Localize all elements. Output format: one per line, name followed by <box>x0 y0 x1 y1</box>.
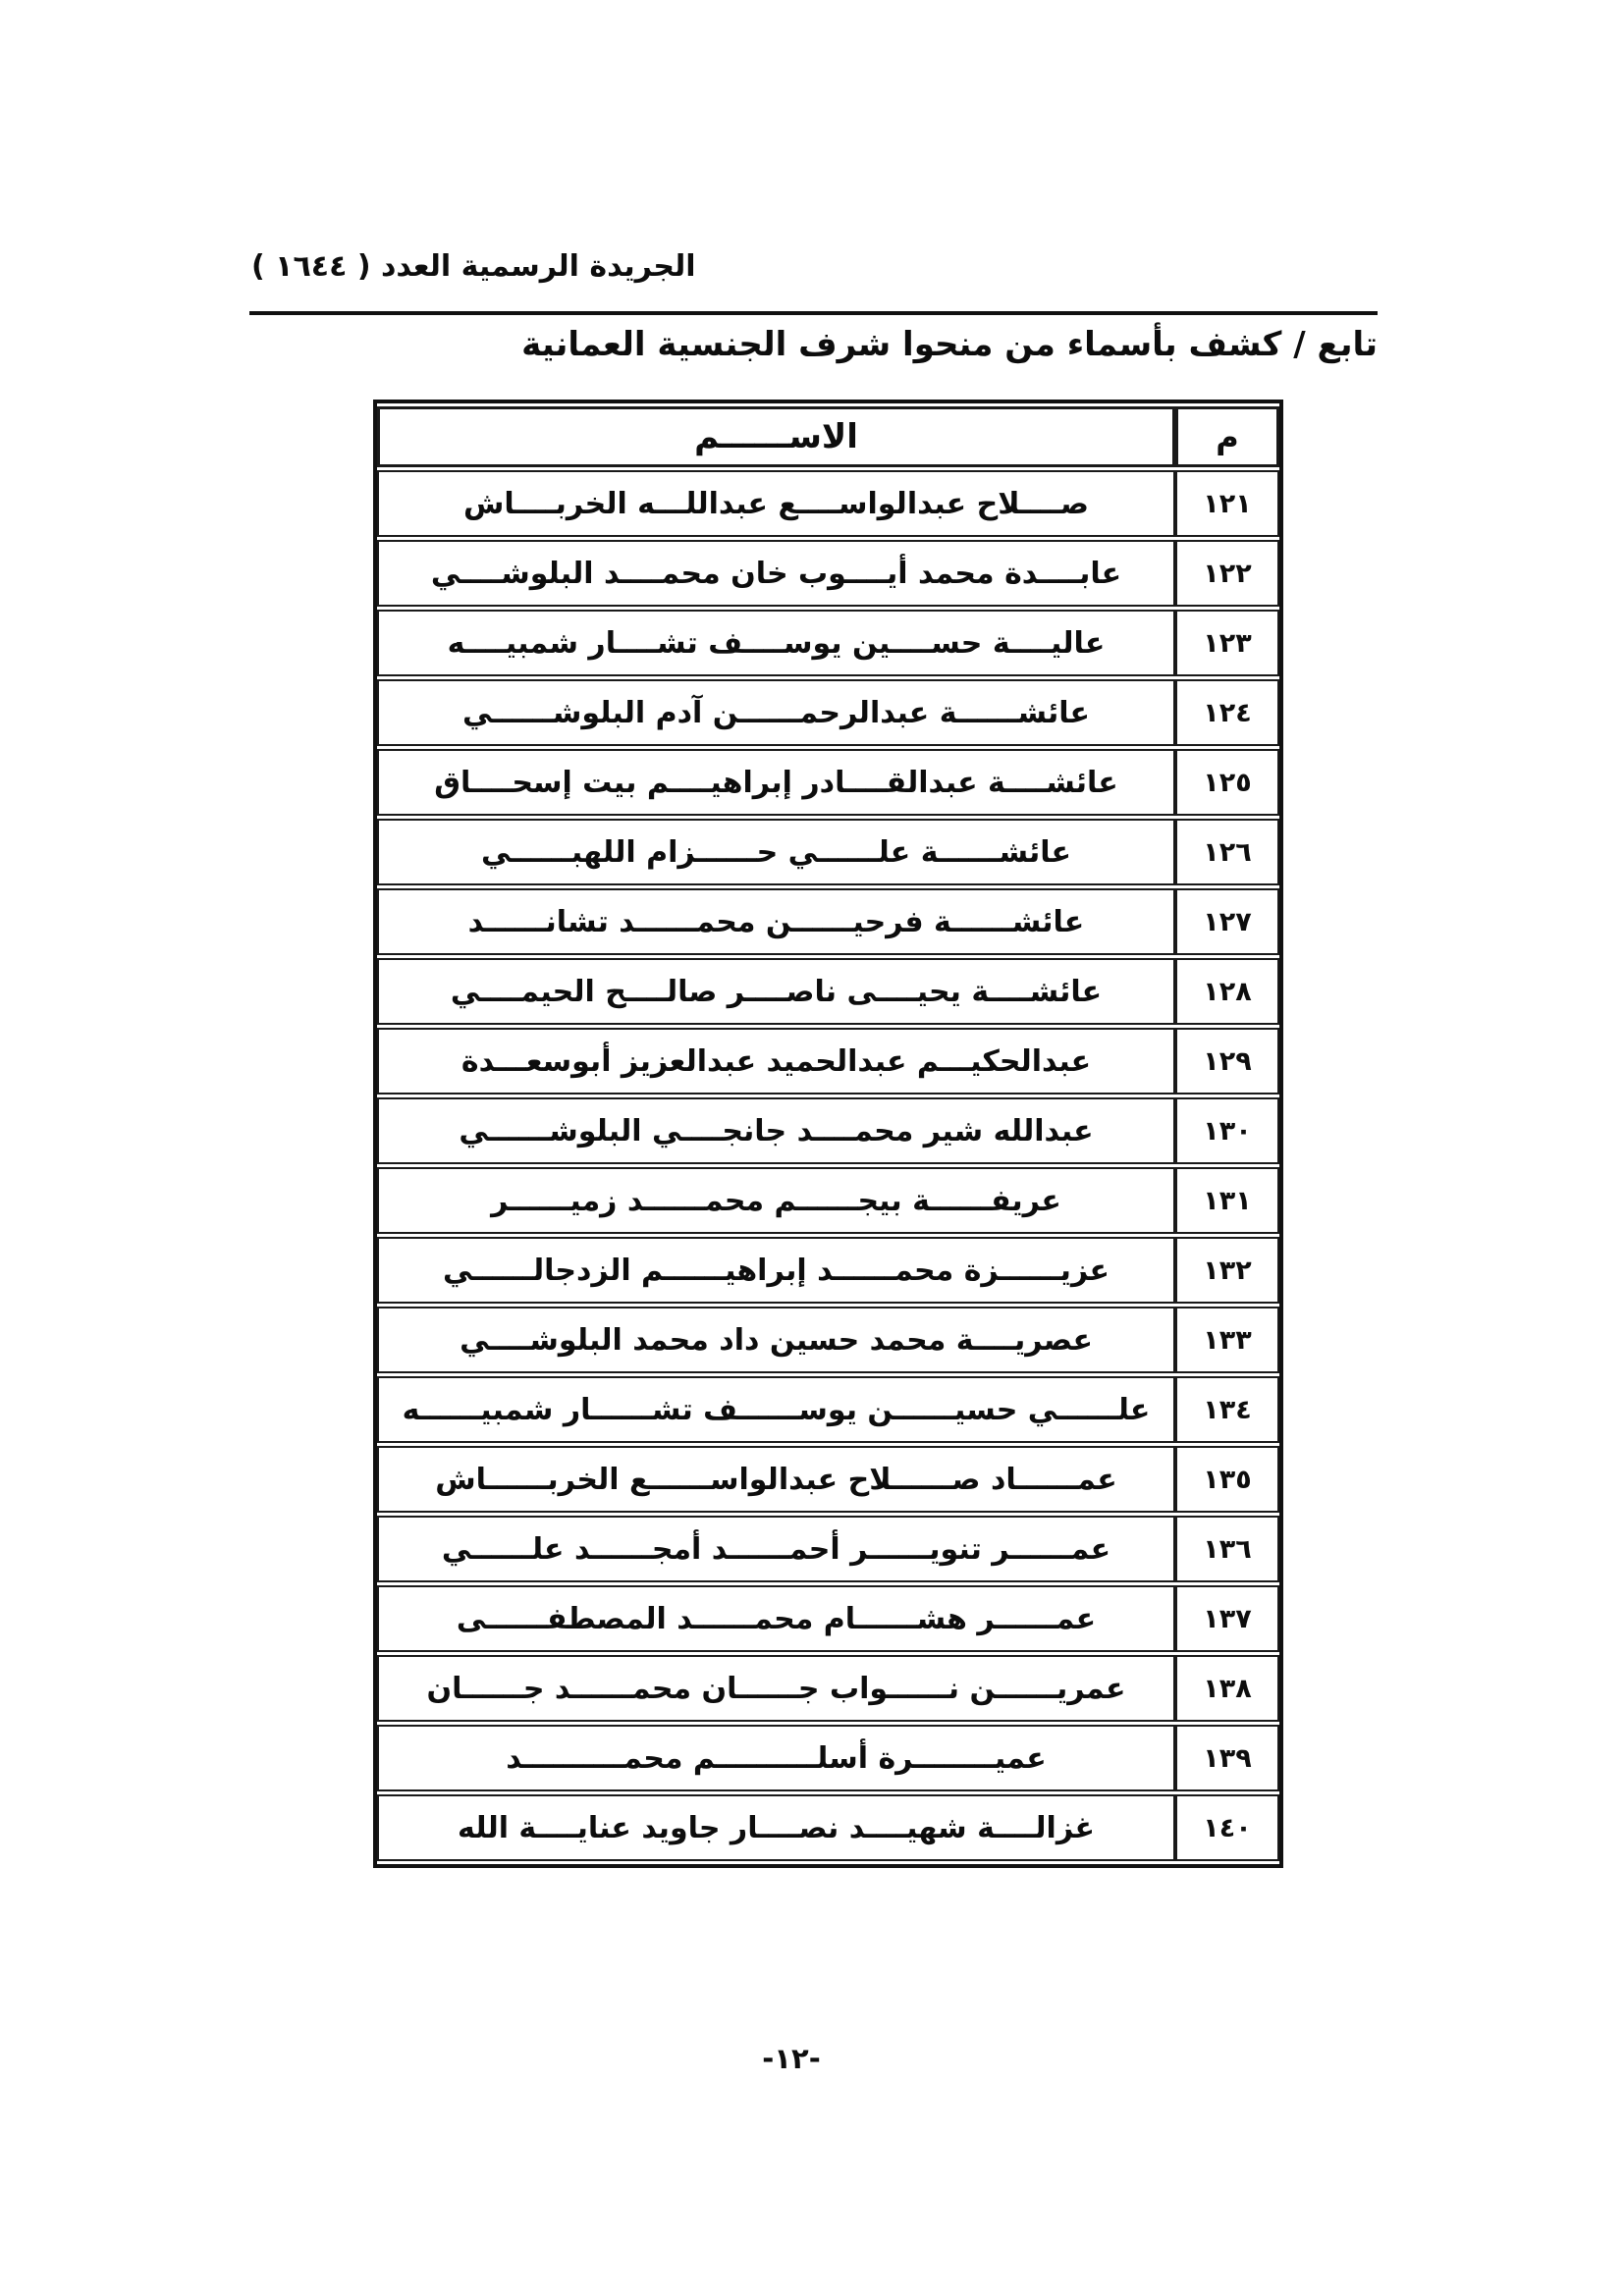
row-name-cell: عائشــــــة عبدالرحمــــــن آدم البلوشــ… <box>377 679 1175 746</box>
page-number: -١٢- <box>693 2042 890 2075</box>
row-name-cell: عائشــــــة فرحيــــــن محمــــــد تشانـ… <box>377 888 1175 955</box>
row-number-cell: ١٢٨ <box>1175 958 1279 1025</box>
row-name-cell: عمــــــر هشــــــام محمــــــد المصطفــ… <box>377 1585 1175 1652</box>
row-number-cell: ١٣٥ <box>1175 1446 1279 1513</box>
table-row: ١٣٨عمريــــــن نــــــواب جــــــان محمـ… <box>377 1655 1279 1722</box>
row-name-cell: عميــــــــرة أسلــــــــــم محمــــــــ… <box>377 1725 1175 1791</box>
row-name-cell: صــــلاح عبدالواســــع عبداللـــه الخربـ… <box>377 470 1175 537</box>
row-name-cell: غزالــــة شهيــــد نصــــار جاويد عنايــ… <box>377 1794 1175 1861</box>
table-row: ١٣٩عميــــــــرة أسلــــــــــم محمـــــ… <box>377 1725 1279 1791</box>
row-number-cell: ١٢٢ <box>1175 540 1279 607</box>
row-number-cell: ١٣٨ <box>1175 1655 1279 1722</box>
row-name-cell: عزيــــــزة محمــــــد إبراهيــــــم الز… <box>377 1237 1175 1304</box>
row-number-cell: ١٤٠ <box>1175 1794 1279 1861</box>
header-divider-line <box>249 311 1378 315</box>
table-row: ١٣٥عمــــــاد صــــــلاح عبدالواســــــع… <box>377 1446 1279 1513</box>
row-number-cell: ١٣٠ <box>1175 1097 1279 1164</box>
row-number-cell: ١٣٦ <box>1175 1516 1279 1582</box>
row-number-cell: ١٢٣ <box>1175 610 1279 676</box>
row-number-cell: ١٢٥ <box>1175 749 1279 816</box>
table-row: ١٢٣عاليــــة حســــين يوســــف تشــــار … <box>377 610 1279 676</box>
row-number-cell: ١٣١ <box>1175 1167 1279 1234</box>
row-name-cell: عمــــــر تنويــــــر أحمــــــد أمجــــ… <box>377 1516 1175 1582</box>
gazette-page: الجريدة الرسمية العدد ( ١٦٤٤ ) تابع / كش… <box>0 0 1624 2296</box>
table-row: ١٢٢عابــــدة محمد أيــــوب خان محمــــد … <box>377 540 1279 607</box>
row-name-cell: عائشــــة عبدالقــــادر إبراهيــــم بيت … <box>377 749 1175 816</box>
table-row: ١٢٥عائشــــة عبدالقــــادر إبراهيــــم ب… <box>377 749 1279 816</box>
row-name-cell: عائشــــة يحيــــى ناصــــر صالــــح الح… <box>377 958 1175 1025</box>
row-number-cell: ١٢٧ <box>1175 888 1279 955</box>
row-name-cell: علــــــي حسيــــــن يوســــــف تشــــــ… <box>377 1376 1175 1443</box>
row-name-cell: عمريــــــن نــــــواب جــــــان محمــــ… <box>377 1655 1175 1722</box>
row-number-cell: ١٢٦ <box>1175 819 1279 885</box>
row-name-cell: عريفــــــة بيجــــــم محمــــــد زميـــ… <box>377 1167 1175 1234</box>
table-row: ١٣١عريفــــــة بيجــــــم محمــــــد زمي… <box>377 1167 1279 1234</box>
row-number-cell: ١٣٢ <box>1175 1237 1279 1304</box>
table-row: ١٢٩عبدالحكيـــم عبدالحميد عبدالعزيز أبوس… <box>377 1028 1279 1095</box>
table-row: ١٣٦عمــــــر تنويــــــر أحمــــــد أمجـ… <box>377 1516 1279 1582</box>
row-name-cell: عاليــــة حســــين يوســــف تشــــار شمب… <box>377 610 1175 676</box>
row-number-cell: ١٢٩ <box>1175 1028 1279 1095</box>
list-title: تابع / كشف بأسماء من منحوا شرف الجنسية ا… <box>521 325 1378 364</box>
table-row: ١٣٣عصريــــة محمد حسين داد محمد البلوشــ… <box>377 1307 1279 1373</box>
table-row: ١٣٧عمــــــر هشــــــام محمــــــد المصط… <box>377 1585 1279 1652</box>
row-name-cell: عابــــدة محمد أيــــوب خان محمــــد الب… <box>377 540 1175 607</box>
row-number-cell: ١٢٤ <box>1175 679 1279 746</box>
table-row: ١٢٧عائشــــــة فرحيــــــن محمــــــد تش… <box>377 888 1279 955</box>
column-header-name: الاســــــم <box>377 406 1175 467</box>
row-number-cell: ١٢١ <box>1175 470 1279 537</box>
row-number-cell: ١٣٧ <box>1175 1585 1279 1652</box>
table-header-row: م الاســــــم <box>377 406 1279 467</box>
row-name-cell: عائشــــــة علــــــي حــــــزام اللهبــ… <box>377 819 1175 885</box>
table-row: ١٢١صــــلاح عبدالواســــع عبداللـــه الخ… <box>377 470 1279 537</box>
table-row: ١٢٤عائشــــــة عبدالرحمــــــن آدم البلو… <box>377 679 1279 746</box>
table-row: ١٣٤علــــــي حسيــــــن يوســــــف تشـــ… <box>377 1376 1279 1443</box>
granted-citizenship-table: م الاســــــم ١٢١صــــلاح عبدالواســــع … <box>373 400 1283 1868</box>
row-name-cell: عبدالحكيـــم عبدالحميد عبدالعزيز أبوسعــ… <box>377 1028 1175 1095</box>
row-name-cell: عصريــــة محمد حسين داد محمد البلوشــــي <box>377 1307 1175 1373</box>
row-number-cell: ١٣٩ <box>1175 1725 1279 1791</box>
row-number-cell: ١٣٤ <box>1175 1376 1279 1443</box>
table-row: ١٢٦عائشــــــة علــــــي حــــــزام الله… <box>377 819 1279 885</box>
table-row: ١٣٠عبدالله شير محمــــد جانجــــي البلوش… <box>377 1097 1279 1164</box>
row-number-cell: ١٣٣ <box>1175 1307 1279 1373</box>
table-body: ١٢١صــــلاح عبدالواســــع عبداللـــه الخ… <box>377 470 1279 1861</box>
column-header-number: م <box>1175 406 1279 467</box>
table-row: ١٤٠غزالــــة شهيــــد نصــــار جاويد عنا… <box>377 1794 1279 1861</box>
table-row: ١٢٨عائشــــة يحيــــى ناصــــر صالــــح … <box>377 958 1279 1025</box>
row-name-cell: عمــــــاد صــــــلاح عبدالواســــــع ال… <box>377 1446 1175 1513</box>
row-name-cell: عبدالله شير محمــــد جانجــــي البلوشـــ… <box>377 1097 1175 1164</box>
gazette-masthead: الجريدة الرسمية العدد ( ١٦٤٤ ) <box>251 249 696 284</box>
table-row: ١٣٢عزيــــــزة محمــــــد إبراهيــــــم … <box>377 1237 1279 1304</box>
